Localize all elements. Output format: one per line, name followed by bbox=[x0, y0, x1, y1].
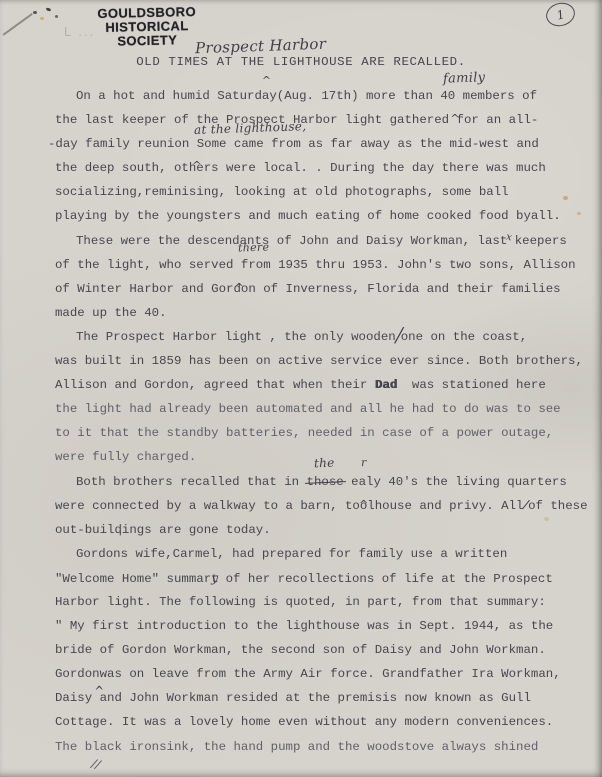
rust-stain bbox=[544, 517, 549, 521]
typed-body: On a hot and humid Saturday(Aug. 17th) m… bbox=[55, 84, 588, 759]
handwritten-apostrophe-icon: ' bbox=[119, 525, 122, 549]
typed-text: -day family reunion bbox=[48, 137, 189, 151]
typed-line: -day family reunionat the lighthouse,^ S… bbox=[48, 132, 588, 156]
typed-line: to it that the standby batteries, needed… bbox=[55, 421, 588, 445]
typed-text: byall. bbox=[509, 209, 561, 223]
typed-text: was stationed here bbox=[397, 378, 546, 392]
typed-text: of the light, who served bbox=[55, 258, 233, 272]
handwritten-insertion: there bbox=[238, 235, 270, 260]
ink-speck bbox=[55, 15, 58, 18]
handwritten-insertion: Prospect Harbor bbox=[195, 35, 327, 58]
typed-text: from 1935 thru 1953. John's two sons, Al… bbox=[233, 258, 575, 272]
handwritten-insertion: the bbox=[313, 451, 334, 476]
typed-text: Gordon bbox=[76, 547, 121, 561]
strikethrough-word: those bbox=[307, 475, 344, 489]
ink-speck bbox=[46, 7, 52, 12]
page-number-circle: 1 bbox=[544, 0, 578, 29]
typed-line: the light had already been automated and… bbox=[55, 397, 588, 421]
typed-text: one on the coast, bbox=[401, 330, 527, 344]
typed-line: Gordon^was on leave from the Army Air fo… bbox=[55, 662, 588, 686]
typed-text: s wife,Carmel, had prepared for family u… bbox=[121, 547, 508, 561]
rust-stain bbox=[563, 196, 568, 200]
typed-text: Allison and Gordon, agreed that when the… bbox=[55, 378, 375, 392]
typed-line: Cottage. It was a lovely home even witho… bbox=[55, 710, 588, 734]
typed-text: "Welcome Home" summar bbox=[55, 572, 211, 586]
scanned-document-page: GOULDSBORO HISTORICALSOCIETY L ... 1 OLD… bbox=[0, 0, 602, 777]
typed-line: out-buildings are gone today. bbox=[55, 518, 588, 542]
typed-line: bride of Gordon Workman, the second son … bbox=[55, 638, 588, 662]
typed-text: was on leave from the Army Air force. Gr… bbox=[100, 667, 561, 681]
typed-line: Harbor light. The following is quoted, i… bbox=[55, 590, 588, 614]
typed-line: "Welcome Home" summarty of her recollect… bbox=[55, 566, 588, 590]
typed-text: The Prospect Harbor light , the only woo… bbox=[76, 330, 396, 344]
typed-line: These were the descendants of John and D… bbox=[55, 229, 588, 253]
typed-text: of her recollections of life at the Pros… bbox=[218, 572, 553, 586]
typed-line: the deep south, others were local. . Dur… bbox=[55, 156, 588, 180]
typed-text: On a hot and humid Saturday(Aug. 17th) m… bbox=[76, 89, 455, 103]
typed-text: of these bbox=[528, 499, 588, 513]
typed-line: made up the 40. bbox=[55, 301, 588, 325]
typed-line: The black ironsink, the hand pump and th… bbox=[55, 735, 588, 759]
typed-line: The Prospect Harbor light , the only woo… bbox=[55, 325, 588, 349]
typed-line: Gordon's wife,Carmel, had prepared for f… bbox=[55, 542, 588, 566]
handwritten-insertion: family bbox=[443, 66, 486, 92]
typed-line: playing by the youngsters and much eatin… bbox=[55, 204, 588, 228]
typed-line: Both brothers recalled that in thethose … bbox=[55, 470, 588, 494]
typed-line: was built in 1859 has been on active ser… bbox=[55, 349, 588, 373]
typed-line: Daisy and John Workman resided at the pr… bbox=[55, 686, 588, 710]
typed-text: playing by the youngsters and much eatin… bbox=[55, 209, 509, 223]
typed-line: the last keeper of the Prospect Harbor l… bbox=[55, 108, 588, 132]
document-title: OLD TIMES AT THEProspect Harbor^ LIGHTHO… bbox=[0, 55, 602, 69]
typed-text: ea bbox=[344, 475, 366, 489]
typed-line: socializing,reminising, looking at old p… bbox=[55, 180, 588, 204]
stamp-smudge: L ... bbox=[64, 24, 95, 39]
overprinted-word: Dad bbox=[375, 378, 397, 392]
scratch-mark bbox=[3, 13, 33, 35]
typed-line: of the light, who servedthere^ from 1935… bbox=[55, 253, 588, 277]
rust-speck bbox=[40, 17, 44, 20]
handwritten-insertion: r bbox=[361, 451, 367, 475]
typed-line: of Winter Harbor and Gordon of Inverness… bbox=[55, 277, 588, 301]
handwritten-insertion: at the lighthouse, bbox=[194, 114, 307, 142]
title-text: LIGHTHOUSE ARE RECALLED. bbox=[265, 55, 466, 69]
typed-text: were connected by a walkway to a barn, t… bbox=[55, 499, 523, 513]
double-slash-mark-icon: // bbox=[90, 756, 101, 772]
typed-line: were connected by a walkway to a barn, t… bbox=[55, 494, 588, 518]
typed-text: members of bbox=[455, 89, 537, 103]
rust-stain bbox=[577, 212, 581, 215]
ink-speck bbox=[33, 11, 37, 14]
page-number: 1 bbox=[555, 7, 566, 22]
typed-line: Allison and Gordon, agreed that when the… bbox=[55, 373, 588, 397]
typed-line: On a hot and humid Saturday(Aug. 17th) m… bbox=[55, 84, 588, 108]
typed-text: ly 40's the living quarters bbox=[366, 475, 567, 489]
typed-line: " My first introduction to the lighthous… bbox=[55, 614, 588, 638]
typed-text: Gordon bbox=[55, 667, 100, 681]
typed-text: Both brothers recalled that in bbox=[76, 475, 307, 489]
